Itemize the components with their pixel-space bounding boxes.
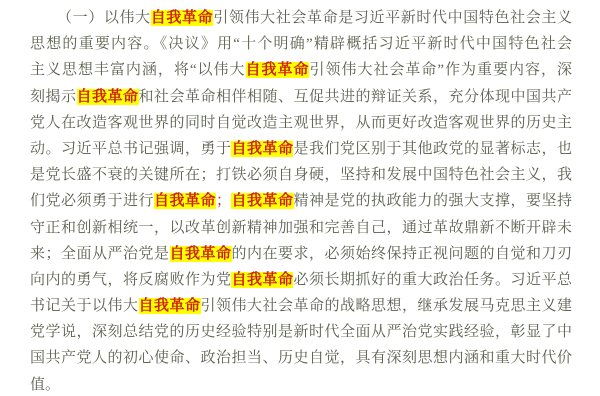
highlighted-term: 自我革命 bbox=[151, 10, 214, 26]
text-line: 党学说，深刻总结党的历史经验特别是新时代全面从严治党实践经验，彰显了中 bbox=[30, 319, 572, 345]
text-run: 引领伟大社会革命是习近平新时代中国特色社会主义 bbox=[213, 10, 572, 26]
highlighted-term: 自我革命 bbox=[154, 193, 216, 209]
text-run: 精神是党的执政能力的强大支撑，要坚持 bbox=[294, 193, 572, 209]
text-run: 和社会革命相伴相随、互促共进的辩证关系，充分体现中国共产 bbox=[139, 89, 572, 105]
text-run: （一）以伟大 bbox=[57, 10, 151, 26]
text-run: 的内在要求，必须始终保持正视问题的自觉和刀刃 bbox=[232, 246, 572, 262]
text-run: 来；全面从严治党是 bbox=[30, 246, 170, 262]
highlighted-term: 自我革命 bbox=[231, 272, 293, 288]
text-run: 引领伟大社会革命的战略思想，继承发展马克思主义建 bbox=[201, 298, 572, 314]
highlighted-term: 自我革命 bbox=[77, 89, 139, 105]
text-run: 守正和创新相统一，以改革创新精神加强和完善自己，通过革故鼎新不断开辟未 bbox=[30, 220, 572, 236]
highlighted-term: 自我革命 bbox=[170, 246, 232, 262]
text-run: 值。 bbox=[30, 377, 60, 393]
text-line: （一）以伟大自我革命引领伟大社会革命是习近平新时代中国特色社会主义 bbox=[30, 5, 572, 31]
highlighted-term: 自我革命 bbox=[231, 193, 294, 209]
text-line: 刻揭示自我革命和社会革命相伴相随、互促共进的辩证关系，充分体现中国共产 bbox=[30, 84, 572, 110]
text-run: 向内的勇气，将反腐败作为党 bbox=[30, 272, 231, 288]
highlighted-term: 自我革命 bbox=[231, 141, 293, 157]
text-run: 引领伟大社会革命”作为重要内容，深 bbox=[309, 62, 572, 78]
text-run: 动。习近平总书记强调，勇于 bbox=[30, 141, 231, 157]
text-line: 向内的勇气，将反腐败作为党自我革命必须长期抓好的重大政治任务。习近平总 bbox=[30, 267, 572, 293]
text-line: 主义思想丰富内涵，将“以伟大自我革命引领伟大社会革命”作为重要内容，深 bbox=[30, 57, 572, 83]
text-line: 守正和创新相统一，以改革创新精神加强和完善自己，通过革故鼎新不断开辟未 bbox=[30, 215, 572, 241]
text-run: 刻揭示 bbox=[30, 89, 77, 105]
text-line: 动。习近平总书记强调，勇于自我革命是我们党区别于其他政党的显著标志，也 bbox=[30, 136, 572, 162]
text-line: 值。 bbox=[30, 372, 572, 396]
document-paragraph: （一）以伟大自我革命引领伟大社会革命是习近平新时代中国特色社会主义思想的重要内容… bbox=[0, 0, 600, 396]
text-run: 国共产党人的初心使命、政治担当、历史自觉，具有深刻思想内涵和重大时代价 bbox=[30, 350, 572, 366]
text-run: 们党必须勇于进行 bbox=[30, 193, 154, 209]
text-line: 是党长盛不衰的关键所在；打铁必须自身硬，坚持和发展中国特色社会主义，我 bbox=[30, 162, 572, 188]
text-run: 主义思想丰富内涵，将“以伟大 bbox=[30, 62, 246, 78]
text-run: 书记关于以伟大 bbox=[30, 298, 139, 314]
text-run: 党学说，深刻总结党的历史经验特别是新时代全面从严治党实践经验，彰显了中 bbox=[30, 324, 572, 340]
highlighted-term: 自我革命 bbox=[246, 62, 310, 78]
text-line: 们党必须勇于进行自我革命；自我革命精神是党的执政能力的强大支撑，要坚持 bbox=[30, 188, 572, 214]
text-run: 思想的重要内容。《决议》用“十个明确”精辟概括习近平新时代中国特色社会 bbox=[30, 36, 572, 52]
text-line: 书记关于以伟大自我革命引领伟大社会革命的战略思想，继承发展马克思主义建 bbox=[30, 293, 572, 319]
text-run: 党人在改造客观世界的同时自觉改造主观世界，从而更好改造客观世界的历史主 bbox=[30, 115, 572, 131]
text-line: 来；全面从严治党是自我革命的内在要求，必须始终保持正视问题的自觉和刀刃 bbox=[30, 241, 572, 267]
text-run: 是我们党区别于其他政党的显著标志，也 bbox=[293, 141, 571, 157]
text-line: 思想的重要内容。《决议》用“十个明确”精辟概括习近平新时代中国特色社会 bbox=[30, 31, 572, 57]
text-run: 是党长盛不衰的关键所在；打铁必须自身硬，坚持和发展中国特色社会主义，我 bbox=[30, 167, 572, 183]
red-punctuation: ； bbox=[216, 193, 231, 209]
text-line: 国共产党人的初心使命、政治担当、历史自觉，具有深刻思想内涵和重大时代价 bbox=[30, 345, 572, 371]
text-line: 党人在改造客观世界的同时自觉改造主观世界，从而更好改造客观世界的历史主 bbox=[30, 110, 572, 136]
text-run: 必须长期抓好的重大政治任务。习近平总 bbox=[293, 272, 571, 288]
highlighted-term: 自我革命 bbox=[139, 298, 201, 314]
